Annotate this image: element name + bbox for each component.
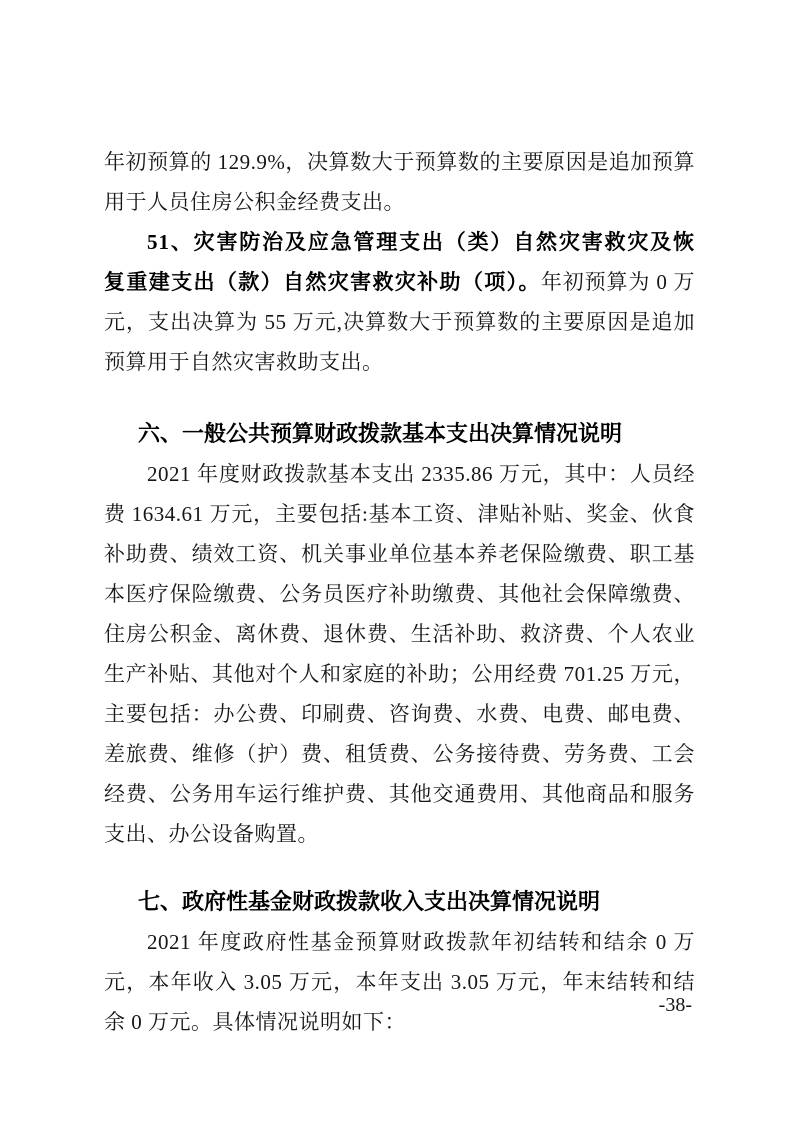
document-page: 年初预算的 129.9%，决算数大于预算数的主要原因是追加预算用于人员住房公积金… — [0, 0, 793, 1122]
paragraph-item-51: 51、灾害防治及应急管理支出（类）自然灾害救灾及恢复重建支出（款）自然灾害救灾补… — [104, 222, 695, 382]
section-six-heading: 六、一般公共预算财政拨款基本支出决算情况说明 — [104, 414, 695, 454]
section-six-body: 2021 年度财政拨款基本支出 2335.86 万元，其中：人员经费 1634.… — [104, 454, 695, 854]
paragraph-budget-continuation: 年初预算的 129.9%，决算数大于预算数的主要原因是追加预算用于人员住房公积金… — [104, 142, 695, 222]
section-seven-body: 2021 年度政府性基金预算财政拨款年初结转和结余 0 万元，本年收入 3.05… — [104, 922, 695, 1042]
section-seven-heading: 七、政府性基金财政拨款收入支出决算情况说明 — [104, 882, 695, 922]
page-number: -38- — [659, 993, 692, 1017]
document-content: 年初预算的 129.9%，决算数大于预算数的主要原因是追加预算用于人员住房公积金… — [104, 142, 695, 1042]
